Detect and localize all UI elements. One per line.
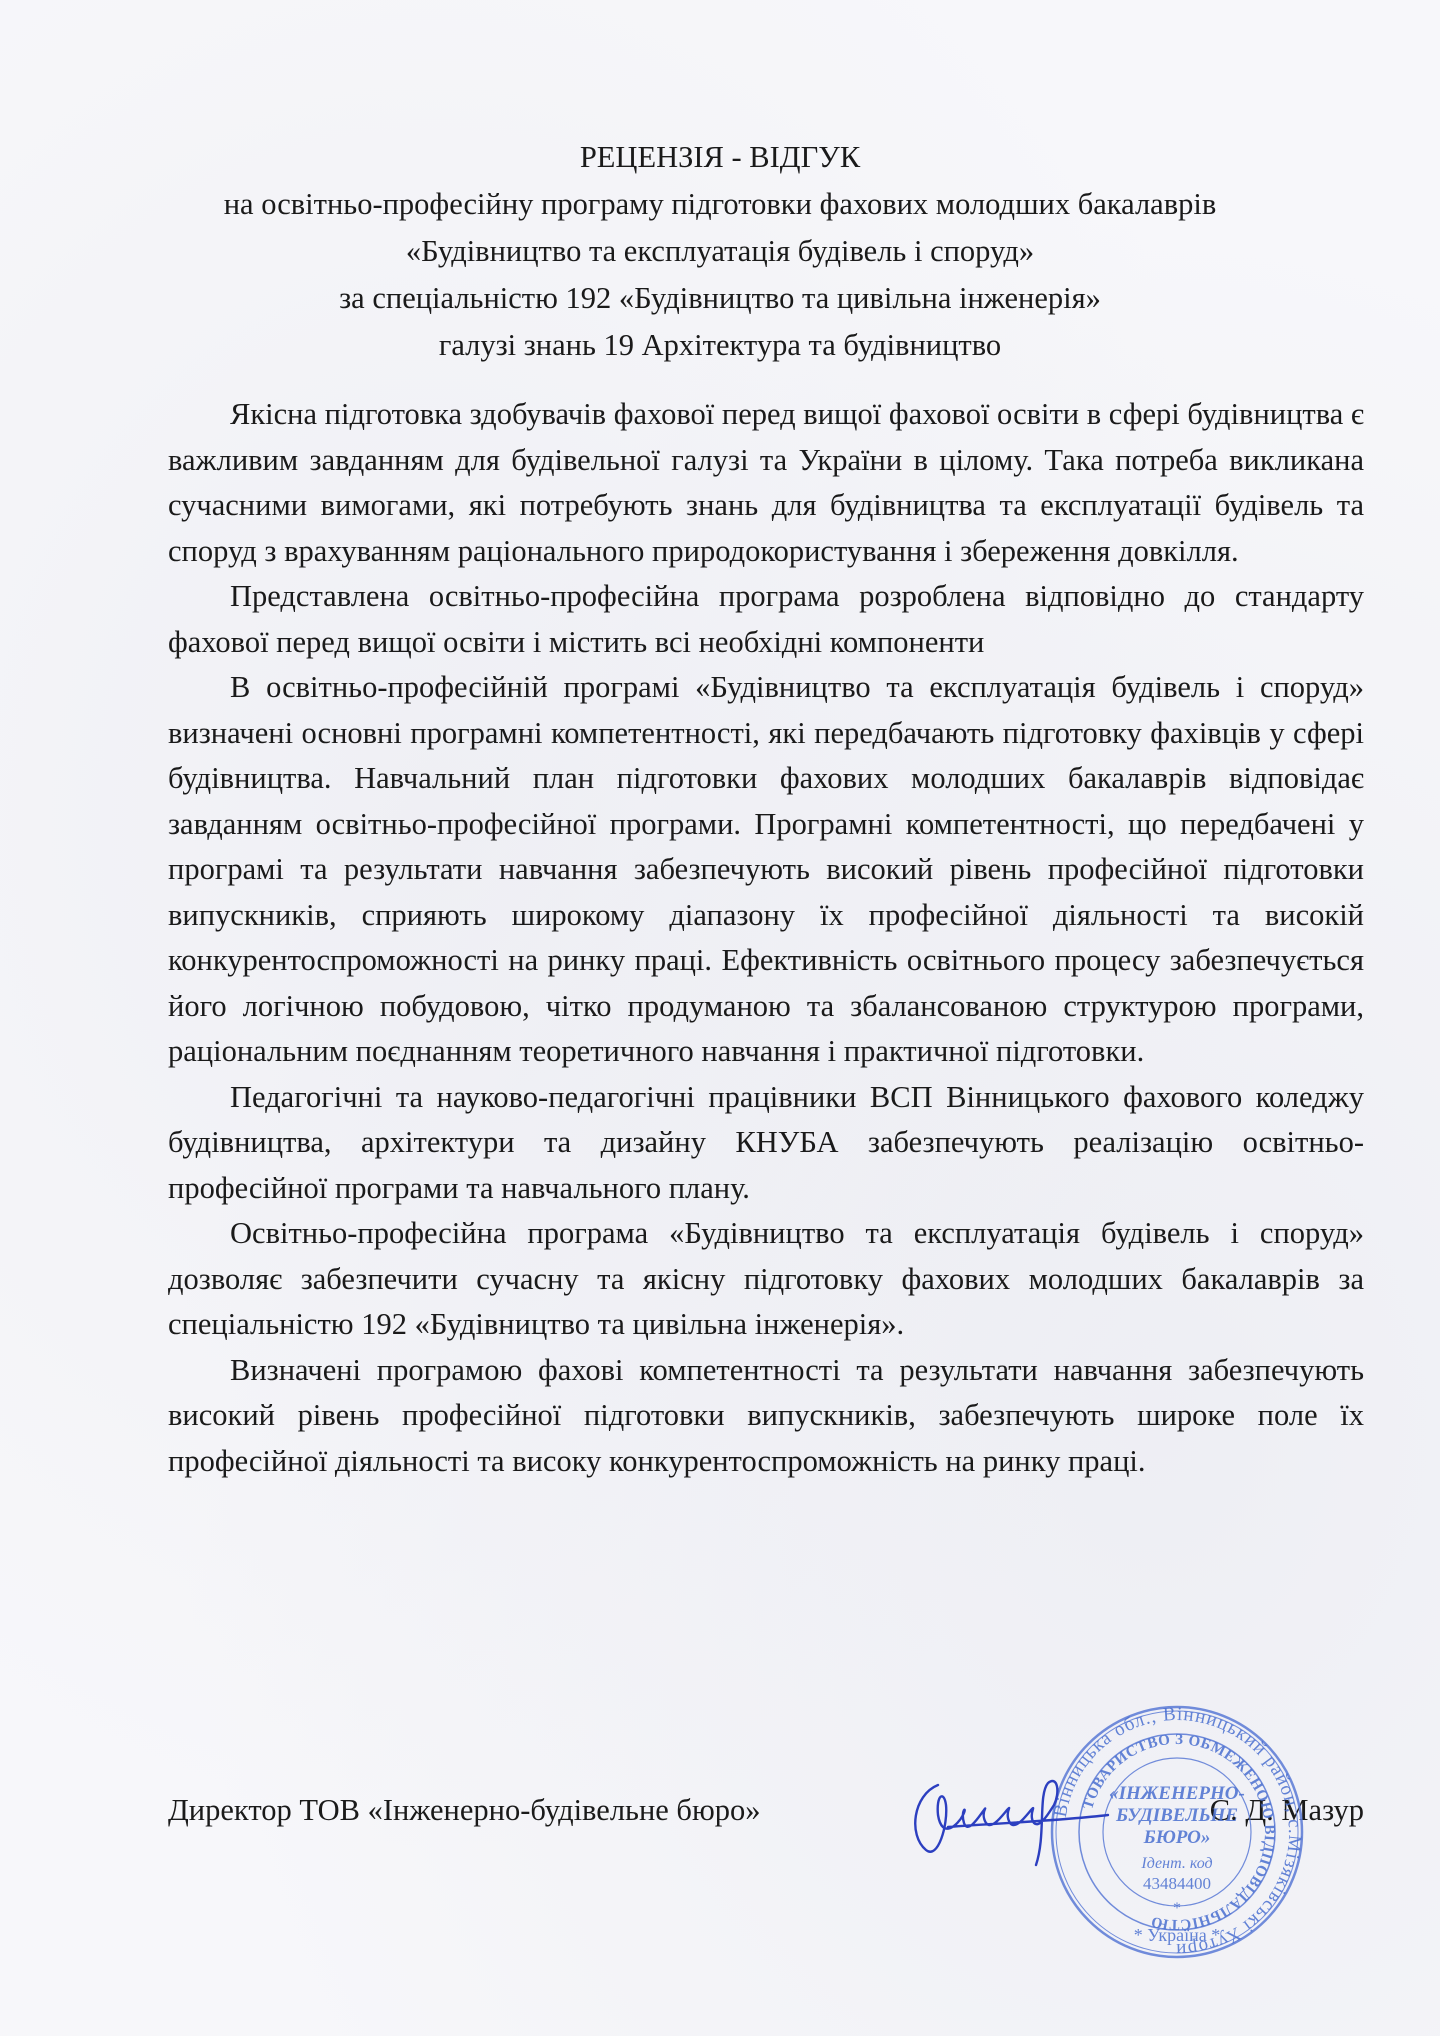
- subtitle-line: галузі знань 19 Архітектура та будівницт…: [150, 322, 1290, 369]
- svg-text:БЮРО»: БЮРО»: [1143, 1827, 1211, 1848]
- signatory-position: Директор ТОВ «Інженерно-будівельне бюро»: [168, 1790, 761, 1830]
- subtitle-line: «Будівництво та експлуатація будівель і …: [150, 228, 1290, 275]
- svg-text:«ІНЖЕНЕРНО-: «ІНЖЕНЕРНО-: [1109, 1783, 1245, 1804]
- paragraph: Представлена освітньо-професійна програм…: [168, 574, 1364, 665]
- subtitle-line: на освітньо-професійну програму підготов…: [150, 181, 1290, 228]
- document-header: РЕЦЕНЗІЯ - ВІДГУК на освітньо-професійну…: [150, 134, 1290, 369]
- paragraph: Педагогічні та науково-педагогічні праці…: [168, 1075, 1364, 1212]
- svg-text:Ідент. код: Ідент. код: [1140, 1855, 1212, 1872]
- paragraph: Визначені програмою фахові компетентност…: [168, 1348, 1364, 1485]
- svg-text:БУДІВЕЛЬНЕ: БУДІВЕЛЬНЕ: [1115, 1805, 1238, 1826]
- svg-text:*: *: [1173, 1900, 1181, 1917]
- document-body: Якісна підготовка здобувачів фахової пер…: [168, 392, 1364, 1484]
- svg-text:* Україна *: * Україна *: [1134, 1925, 1221, 1945]
- paragraph: В освітньо-професійній програмі «Будівни…: [168, 665, 1364, 1075]
- svg-text:43484400: 43484400: [1143, 1874, 1211, 1893]
- subtitle-line: за спеціальністю 192 «Будівництво та цив…: [150, 275, 1290, 322]
- paragraph: Якісна підготовка здобувачів фахової пер…: [168, 392, 1364, 574]
- document-title: РЕЦЕНЗІЯ - ВІДГУК: [150, 134, 1290, 181]
- handwritten-signature: [908, 1765, 1118, 1875]
- document-page: РЕЦЕНЗІЯ - ВІДГУК на освітньо-професійну…: [0, 0, 1440, 2036]
- paragraph: Освітньо-професійна програма «Будівництв…: [168, 1211, 1364, 1348]
